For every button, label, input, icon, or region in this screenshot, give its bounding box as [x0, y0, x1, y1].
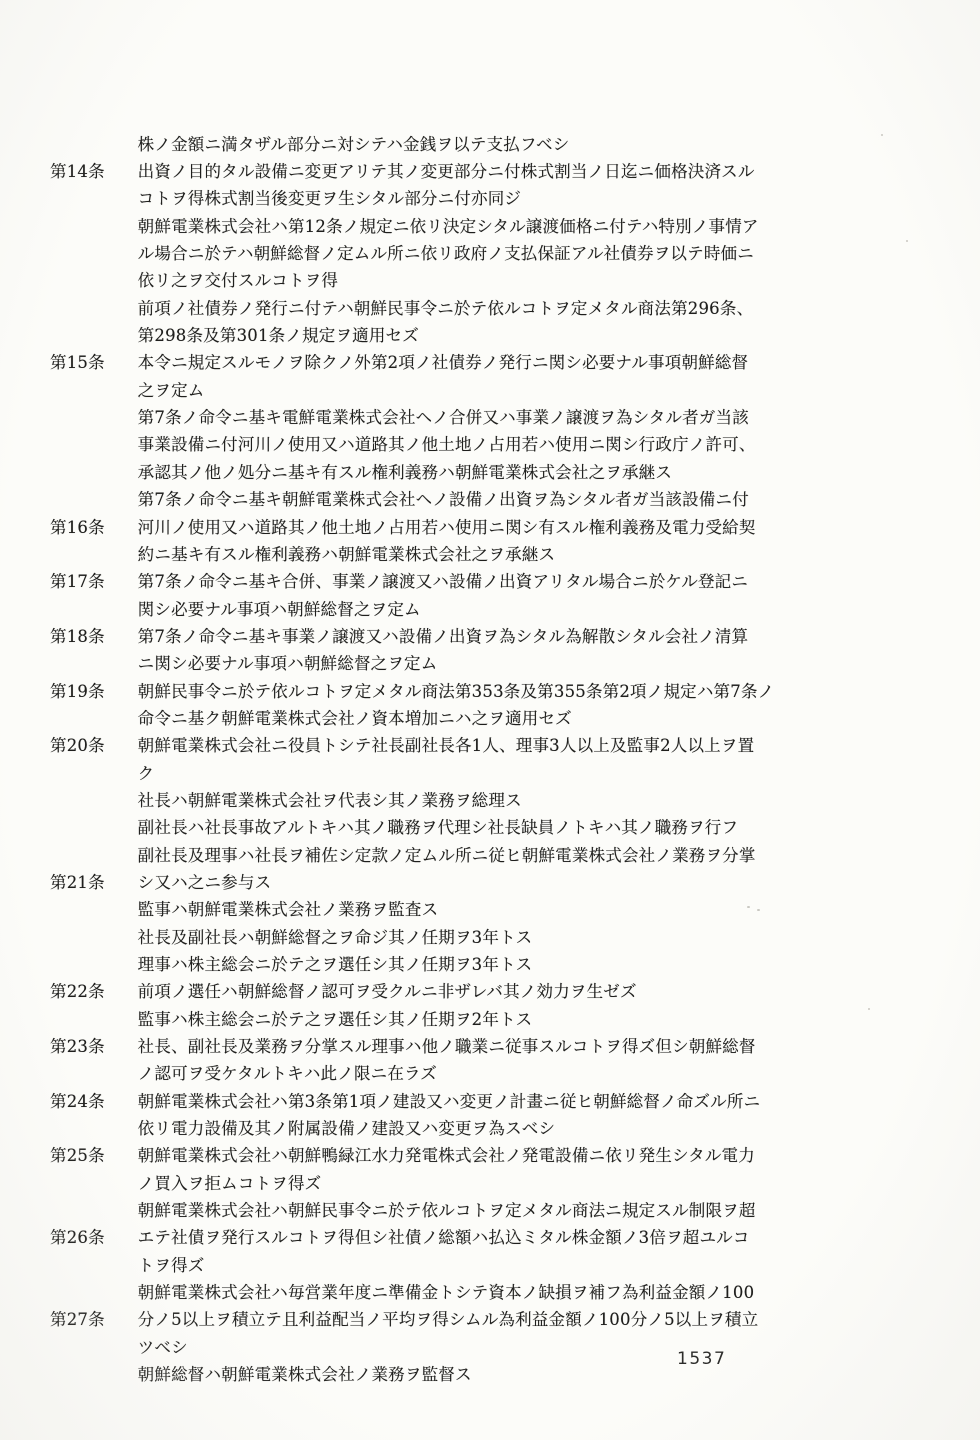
- article-number-label: 第24条: [50, 1088, 105, 1115]
- statute-line: 命令ニ基ク朝鮮電業株式会社ノ資本増加ニハ之ヲ適用セズ: [0, 650, 980, 677]
- statute-line: 第24条 朝鮮電業株式会社ハ朝鮮鴨緑江水力発電株式会社ノ発電設備ニ依リ発生シタル…: [0, 1088, 980, 1115]
- statute-line: 第27条 朝鮮総督ハ朝鮮電業株式会社ノ業務ヲ監督ス: [0, 1306, 980, 1333]
- statute-line: 第25条 朝鮮電業株式会社ハ朝鮮民事令ニ於テ依ルコトヲ定メタル商法ニ規定スル制限…: [0, 1142, 980, 1169]
- article-number-label: 第17条: [50, 568, 105, 595]
- statute-line: 依リ之ヲ交付スルコトヲ得: [0, 213, 980, 240]
- statute-line: 出資ノ目的タル設備ニ変更アリテ其ノ変更部分ニ付株式割当ノ日迄ニ価格決済スル: [0, 103, 980, 130]
- statute-line: 関シ必要ナル事項ハ朝鮮総督之ヲ定ム: [0, 541, 980, 568]
- statute-line: シ又ハ之ニ参与ス: [0, 814, 980, 841]
- statute-line: 第26条 朝鮮電業株式会社ハ毎営業年度ニ準備金トシテ資本ノ缺損ヲ補フ為利益金額ノ…: [0, 1224, 980, 1251]
- statute-line: 河川ノ使用又ハ道路其ノ他土地ノ占用若ハ使用ニ関シ有スル権利義務及電力受給契: [0, 459, 980, 486]
- statute-line-text: ツベシ: [138, 1338, 188, 1357]
- article-number-label: 第19条: [50, 678, 105, 705]
- scanned-document-page: 株ノ金額ニ満タザル部分ニ対シテハ金銭ヲ以テ支払フベシ 出資ノ目的タル設備ニ変更ア…: [0, 0, 980, 1440]
- statute-line: ク: [0, 705, 980, 732]
- statute-line: 本令ニ規定スルモノヲ除クノ外第2項ノ社債券ノ発行ニ関シ必要ナル事項朝鮮総督: [0, 295, 980, 322]
- statute-line: 第16条 第7条ノ命令ニ基キ合併、事業ノ譲渡又ハ設備ノ出資アリタル場合ニ於ケル登…: [0, 514, 980, 541]
- statute-line: ノ買入ヲ拒ムコトヲ得ズ: [0, 1115, 980, 1142]
- article-number-label: 第22条: [50, 978, 105, 1005]
- statute-line: 理事ハ株主総会ニ於テ之ヲ選任シ其ノ任期ヲ3年トス: [0, 896, 980, 923]
- article-number-label: 第23条: [50, 1033, 105, 1060]
- statute-line: 監事ハ朝鮮電業株式会社ノ業務ヲ監査ス: [0, 842, 980, 869]
- statute-line: 第22条 社長、副社長及業務ヲ分掌スル理事ハ他ノ職業ニ従事スルコトヲ得ズ但シ朝鮮…: [0, 978, 980, 1005]
- statute-line: エテ社債ヲ発行スルコトヲ得但シ社債ノ総額ハ払込ミタル株金額ノ3倍ヲ超ユルコ: [0, 1170, 980, 1197]
- article-number-label: 第16条: [50, 514, 105, 541]
- statute-line: 株ノ金額ニ満タザル部分ニ対シテハ金銭ヲ以テ支払フベシ: [0, 76, 980, 103]
- article-number-label: 第26条: [50, 1224, 105, 1251]
- statute-line: コトヲ得株式割当後変更ヲ生シタル部分ニ付亦同ジ: [0, 131, 980, 158]
- article-number-label: 第21条: [50, 869, 105, 896]
- statute-line: 副社長及理事ハ社長ヲ補佐シ定款ノ定ムル所ニ従ヒ朝鮮電業株式会社ノ業務ヲ分掌: [0, 787, 980, 814]
- statute-line: 監事ハ株主総会ニ於テ之ヲ選任シ其ノ任期ヲ2年トス: [0, 951, 980, 978]
- scan-speck: [906, 240, 908, 242]
- statute-line: 前項ノ社債券ノ発行ニ付テハ朝鮮民事令ニ於テ依ルコトヲ定メタル商法第296条、: [0, 240, 980, 267]
- statute-text-block: 株ノ金額ニ満タザル部分ニ対シテハ金銭ヲ以テ支払フベシ 出資ノ目的タル設備ニ変更ア…: [0, 76, 980, 1334]
- article-number-label: 第25条: [50, 1142, 105, 1169]
- statute-line: 分ノ5以上ヲ積立テ且利益配当ノ平均ヲ得シムル為利益金額ノ100分ノ5以上ヲ積立: [0, 1252, 980, 1279]
- statute-line: ノ認可ヲ受ケタルトキハ此ノ限ニ在ラズ: [0, 1006, 980, 1033]
- statute-line: 副社長ハ社長事故アルトキハ其ノ職務ヲ代理シ社長缺員ノトキハ其ノ職務ヲ行フ: [0, 760, 980, 787]
- statute-line: 第19条 朝鮮電業株式会社ニ役員トシテ社長副社長各1人、理事3人以上及監事2人以…: [0, 678, 980, 705]
- statute-line: 第21条 社長及副社長ハ朝鮮総督之ヲ命ジ其ノ任期ヲ3年トス: [0, 869, 980, 896]
- statute-line: 第18条 朝鮮民事令ニ於テ依ルコトヲ定メタル商法第353条及第355条第2項ノ規…: [0, 623, 980, 650]
- article-number-label: 第18条: [50, 623, 105, 650]
- statute-line: 承認其ノ他ノ処分ニ基キ有スル権利義務ハ朝鮮電業株式会社之ヲ承継ス: [0, 404, 980, 431]
- statute-line: 第15条 第7条ノ命令ニ基キ電鮮電業株式会社ヘノ合併又ハ事業ノ譲渡ヲ為シタル者ガ…: [0, 349, 980, 376]
- statute-line: 約ニ基キ有スル権利義務ハ朝鮮電業株式会社之ヲ承継ス: [0, 486, 980, 513]
- statute-line: ツベシ: [0, 1279, 980, 1306]
- page-number: 1537: [677, 1349, 726, 1369]
- statute-line: ニ関シ必要ナル事項ハ朝鮮総督之ヲ定ム: [0, 596, 980, 623]
- statute-line: 之ヲ定ム: [0, 322, 980, 349]
- statute-line: ル場合ニ於テハ朝鮮総督ノ定ムル所ニ依リ政府ノ支払保証アル社債券ヲ以テ時価ニ: [0, 185, 980, 212]
- scan-speck: [757, 909, 760, 911]
- scan-speck: [881, 134, 883, 136]
- statute-line: 前項ノ選任ハ朝鮮総督ノ認可ヲ受クルニ非ザレバ其ノ効力ヲ生ゼズ: [0, 924, 980, 951]
- statute-line: トヲ得ズ: [0, 1197, 980, 1224]
- statute-line: 第298条及第301条ノ規定ヲ適用セズ: [0, 267, 980, 294]
- statute-line: 依リ電力設備及其ノ附属設備ノ建設又ハ変更ヲ為スベシ: [0, 1060, 980, 1087]
- article-number-label: 第20条: [50, 732, 105, 759]
- statute-line: 第20条 社長ハ朝鮮電業株式会社ヲ代表シ其ノ業務ヲ総理ス: [0, 732, 980, 759]
- scan-speck: [868, 1008, 870, 1010]
- statute-line: 事業設備ニ付河川ノ使用又ハ道路其ノ他土地ノ占用若ハ使用ニ関シ行政庁ノ許可、: [0, 377, 980, 404]
- scan-speck: [747, 906, 750, 908]
- statute-line-text: 朝鮮総督ハ朝鮮電業株式会社ノ業務ヲ監督ス: [138, 1365, 472, 1384]
- statute-line: 第17条 第7条ノ命令ニ基キ事業ノ譲渡又ハ設備ノ出資ヲ為シタル為解散シタル会社ノ…: [0, 568, 980, 595]
- statute-line: 第7条ノ命令ニ基キ朝鮮電業株式会社ヘノ設備ノ出資ヲ為シタル者ガ当該設備ニ付: [0, 431, 980, 458]
- article-number-label: 第15条: [50, 349, 105, 376]
- statute-line: 第14条 朝鮮電業株式会社ハ第12条ノ規定ニ依リ決定シタル譲渡価格ニ付テハ特別ノ…: [0, 158, 980, 185]
- statute-line: 第23条 朝鮮電業株式会社ハ第3条第1項ノ建設又ハ変更ノ計畫ニ従ヒ朝鮮総督ノ命ズ…: [0, 1033, 980, 1060]
- article-number-label: 第27条: [50, 1306, 105, 1333]
- article-number-label: 第14条: [50, 158, 105, 185]
